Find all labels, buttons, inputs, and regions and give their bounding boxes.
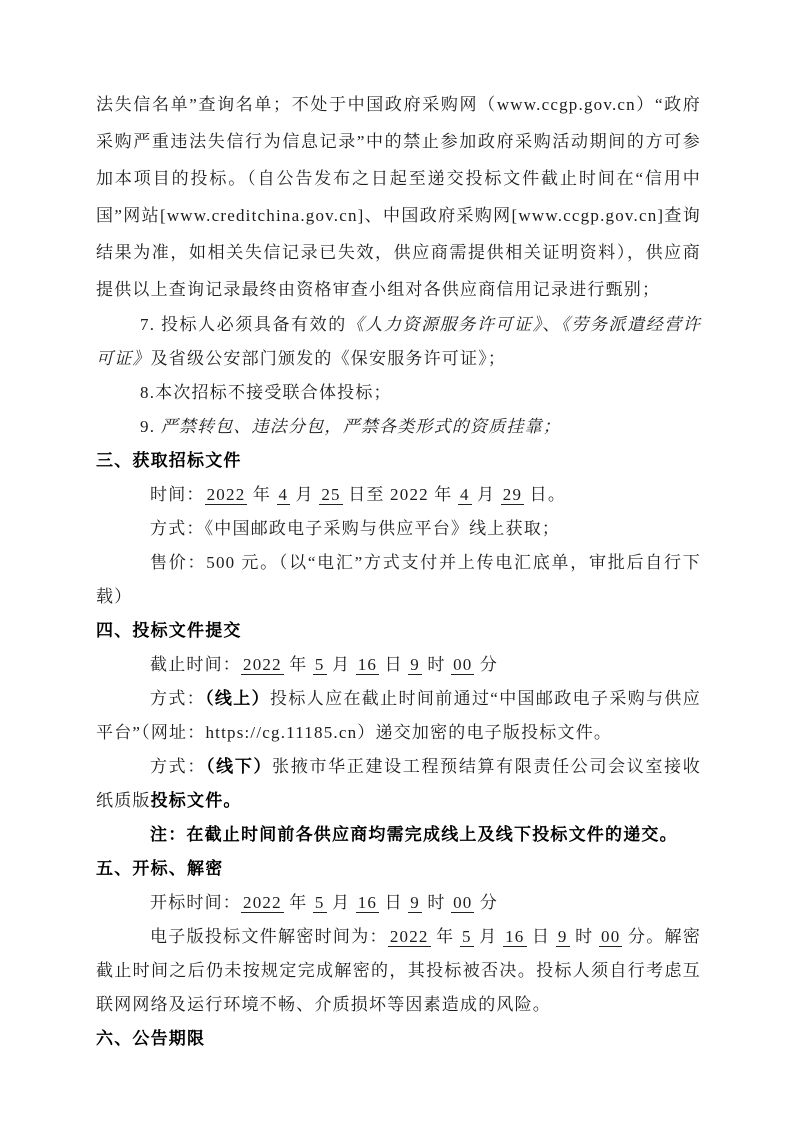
text-run: 法失信名单”查询名单；不处于中国政府采购网（www.ccgp.gov.cn）“政… bbox=[96, 95, 701, 299]
text-run: 、 bbox=[543, 315, 562, 334]
underlined-value: 00 bbox=[451, 655, 474, 675]
text-run: 注：在截止时间前各供应商均需完成线上及线下投标文件的递交。 bbox=[150, 825, 678, 844]
text-run: 售价：500 元。（以“电汇”方式支付并上传电汇底单，审批后自行下载） bbox=[96, 553, 701, 606]
text-run: 开标时间： bbox=[150, 893, 241, 912]
text-run: 《人力资源服务许可证》 bbox=[347, 315, 543, 334]
section-heading-6: 六、公告期限 bbox=[96, 1022, 701, 1056]
obtain-time-line: 时间：2022 年 4 月 25 日至 2022 年 4 月 29 日。 bbox=[96, 478, 701, 512]
text-run: 三、获取招标文件 bbox=[96, 451, 242, 470]
text-run: 7. 投标人必须具备有效的 bbox=[140, 315, 347, 334]
text-run: （线上） bbox=[205, 689, 270, 708]
text-run: 五、开标、解密 bbox=[96, 859, 223, 878]
deadline-line: 截止时间：2022 年 5 月 16 日 9 时 00 分 bbox=[96, 648, 701, 682]
text-run: 严禁转包、违法分包，严禁各类形式的资质挂靠； bbox=[161, 417, 561, 436]
text-run: 月 bbox=[474, 927, 503, 946]
underlined-value: 4 bbox=[458, 485, 472, 505]
credit-record-paragraph: 法失信名单”查询名单；不处于中国政府采购网（www.ccgp.gov.cn）“政… bbox=[96, 86, 701, 308]
text-run: 月 bbox=[290, 485, 319, 504]
text-run: 月 bbox=[472, 485, 501, 504]
bid-opening-time-line: 开标时间：2022 年 5 月 16 日 9 时 00 分 bbox=[96, 886, 701, 920]
underlined-value: 16 bbox=[356, 893, 379, 913]
underlined-value: 5 bbox=[460, 927, 474, 947]
underlined-value: 2022 bbox=[241, 893, 284, 913]
text-run: 时 bbox=[422, 893, 451, 912]
underlined-value: 25 bbox=[319, 485, 342, 505]
underlined-value: 9 bbox=[408, 893, 422, 913]
requirement-item-8: 8.本次招标不接受联合体投标； bbox=[96, 376, 701, 410]
text-run: 日 bbox=[379, 655, 408, 674]
section-heading-5: 五、开标、解密 bbox=[96, 852, 701, 886]
underlined-value: 9 bbox=[556, 927, 570, 947]
text-run: 9. bbox=[140, 417, 161, 436]
underlined-value: 5 bbox=[313, 655, 327, 675]
underlined-value: 9 bbox=[408, 655, 422, 675]
decryption-paragraph: 电子版投标文件解密时间为：2022 年 5 月 16 日 9 时 00 分。解密… bbox=[96, 920, 701, 1022]
document-page: 法失信名单”查询名单；不处于中国政府采购网（www.ccgp.gov.cn）“政… bbox=[0, 0, 793, 1122]
text-run: 时 bbox=[422, 655, 451, 674]
text-run: 时 bbox=[570, 927, 599, 946]
text-run: 月 bbox=[327, 655, 356, 674]
offline-submission-line: 方式：（线下）张掖市华正建设工程预结算有限责任公司会议室接收纸质版投标文件。 bbox=[96, 750, 701, 818]
section-heading-3: 三、获取招标文件 bbox=[96, 444, 701, 478]
underlined-value: 2022 bbox=[241, 655, 284, 675]
underlined-value: 4 bbox=[277, 485, 291, 505]
underlined-value: 2022 bbox=[205, 485, 248, 505]
section-heading-4: 四、投标文件提交 bbox=[96, 614, 701, 648]
text-run: 及省级公安部门颁发的《保安服务许可证》； bbox=[151, 349, 507, 368]
underlined-value: 00 bbox=[599, 927, 622, 947]
underlined-value: 00 bbox=[451, 893, 474, 913]
text-run: 分 bbox=[474, 893, 498, 912]
underlined-value: 16 bbox=[356, 655, 379, 675]
underlined-value: 2022 bbox=[388, 927, 431, 947]
obtain-method-line: 方式：《中国邮政电子采购与供应平台》线上获取； bbox=[96, 512, 701, 546]
text-run: 六、公告期限 bbox=[96, 1029, 205, 1048]
text-run: 年 bbox=[431, 927, 460, 946]
requirement-item-9: 9. 严禁转包、违法分包，严禁各类形式的资质挂靠； bbox=[96, 410, 701, 444]
document-body: 法失信名单”查询名单；不处于中国政府采购网（www.ccgp.gov.cn）“政… bbox=[96, 86, 701, 1056]
underlined-value: 16 bbox=[503, 927, 526, 947]
text-run: 日 bbox=[527, 927, 556, 946]
text-run: 电子版投标文件解密时间为： bbox=[150, 927, 388, 946]
text-run: 方式： bbox=[150, 757, 206, 776]
price-line: 售价：500 元。（以“电汇”方式支付并上传电汇底单，审批后自行下载） bbox=[96, 546, 701, 614]
text-run: 方式： bbox=[150, 689, 205, 708]
underlined-value: 5 bbox=[313, 893, 327, 913]
text-run: 方式：《中国邮政电子采购与供应平台》线上获取； bbox=[150, 519, 560, 538]
text-run: 时间： bbox=[150, 485, 205, 504]
text-run: 年 bbox=[247, 485, 276, 504]
text-run: 截止时间： bbox=[150, 655, 241, 674]
text-run: 四、投标文件提交 bbox=[96, 621, 242, 640]
note-line: 注：在截止时间前各供应商均需完成线上及线下投标文件的递交。 bbox=[96, 818, 701, 852]
requirement-item-7: 7. 投标人必须具备有效的《人力资源服务许可证》、《劳务派遣经营许可证》及省级公… bbox=[96, 308, 701, 376]
text-run: 年 bbox=[284, 893, 313, 912]
text-run: （线下） bbox=[206, 757, 272, 776]
text-run: 日 bbox=[379, 893, 408, 912]
text-run: 日至 2022 年 bbox=[343, 485, 458, 504]
online-submission-line: 方式：（线上）投标人应在截止时间前通过“中国邮政电子采购与供应平台”（网址：ht… bbox=[96, 682, 701, 750]
text-run: 投标文件。 bbox=[151, 791, 242, 810]
text-run: 分 bbox=[474, 655, 498, 674]
text-run: 日。 bbox=[524, 485, 566, 504]
text-run: 月 bbox=[327, 893, 356, 912]
text-run: 年 bbox=[284, 655, 313, 674]
text-run: 8.本次招标不接受联合体投标； bbox=[140, 383, 392, 402]
underlined-value: 29 bbox=[501, 485, 524, 505]
